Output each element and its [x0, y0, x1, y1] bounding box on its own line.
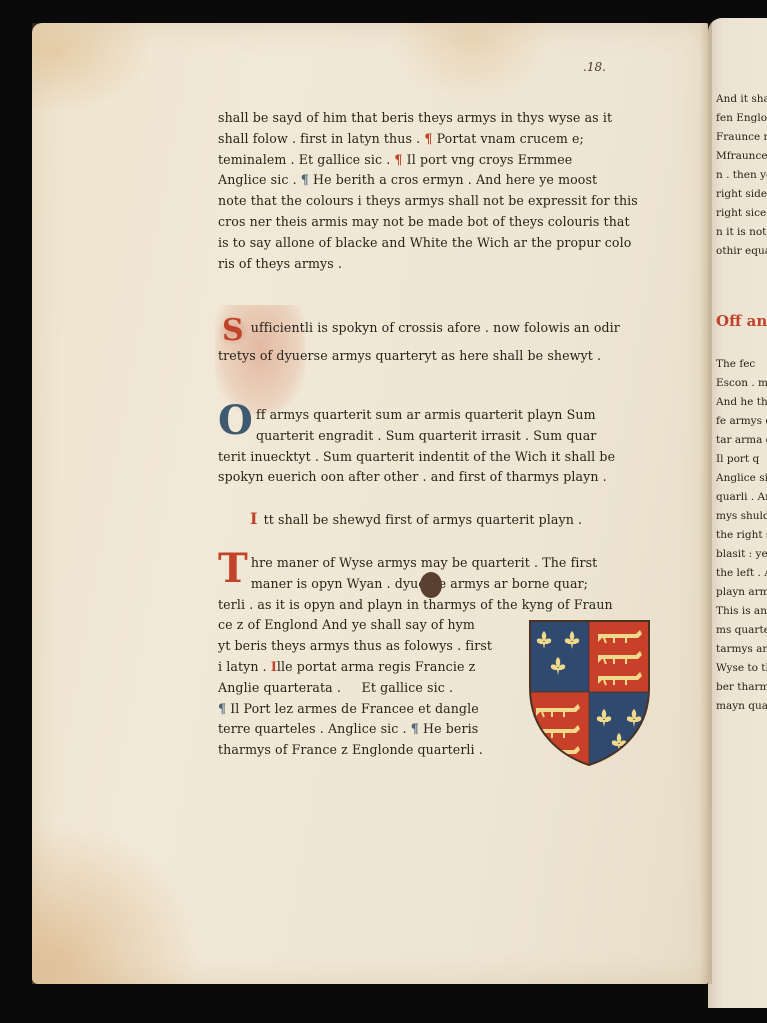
text-line: note that the colours i theys armys shal… [218, 191, 638, 212]
text-line: terli . as it is opyn and playn in tharm… [218, 595, 613, 616]
paragraph-mark-icon: ¶ [301, 172, 309, 187]
paragraph-3: O ff armys quarterit sum ar armis quarte… [218, 405, 615, 488]
text-line: maner is opyn Wyan . dyuerse armys ar bo… [218, 574, 613, 595]
text-line: hre maner of Wyse armys may be quarterit… [218, 553, 613, 574]
paragraph-mark-icon: ¶ [424, 131, 432, 146]
text-line: Anglice sic . ¶ He berith a cros ermyn .… [218, 170, 638, 191]
section-heading: Itt shall be shewyd first of armys quart… [250, 509, 582, 531]
text-line: tretys of dyuerse armys quarteryt as her… [218, 346, 601, 367]
initial-letter: I [250, 509, 258, 528]
text-line: teminalem . Et gallice sic . ¶ Il port v… [218, 150, 638, 171]
text-line: shall be sayd of him that beris theys ar… [218, 108, 638, 129]
text-line: ff armys quarterit sum ar armis quarteri… [218, 405, 615, 426]
initial-letter: S [218, 316, 248, 346]
paragraph-mark-icon: ¶ [411, 721, 419, 736]
next-page-text: The fec Escon . m And he that b fe armys… [716, 355, 767, 716]
paragraph-1: shall be sayd of him that beris theys ar… [218, 108, 638, 274]
text-line: shall folow . first in latyn thus . ¶ Po… [218, 129, 638, 150]
water-stain [32, 824, 202, 984]
gutter-shadow [700, 23, 712, 984]
text-line: quarterit engradit . Sum quarterit irras… [218, 426, 615, 447]
worm-hole [420, 572, 442, 598]
text-line: terit inuecktyt . Sum quarterit indentit… [218, 447, 615, 468]
paragraph-mark-icon: ¶ [394, 152, 402, 167]
paragraph-2: S ufficientli is spokyn of crossis afore… [218, 318, 601, 367]
text-line: cros ner theis armis may not be made bot… [218, 212, 638, 233]
next-page-text: And it shal fen Englond Fraunce ma Mfrau… [716, 90, 767, 261]
next-page-text: Off an [716, 312, 767, 333]
water-stain [32, 23, 152, 113]
initial-letter: T [218, 549, 248, 589]
coat-of-arms-shield-icon [527, 618, 652, 768]
paragraph-mark-icon: ¶ [218, 701, 226, 716]
text-line: ris of theys armys . [218, 254, 638, 275]
text-line: is to say allone of blacke and White the… [218, 233, 638, 254]
text-line: spokyn euerich oon after other . and fir… [218, 467, 615, 488]
text-line: ufficientli is spokyn of crossis afore .… [218, 318, 601, 339]
text-line: tt shall be shewyd first of armys quarte… [264, 512, 583, 527]
folio-number: .18. [583, 60, 606, 74]
initial-letter: O [218, 401, 253, 441]
water-stain [392, 23, 552, 103]
